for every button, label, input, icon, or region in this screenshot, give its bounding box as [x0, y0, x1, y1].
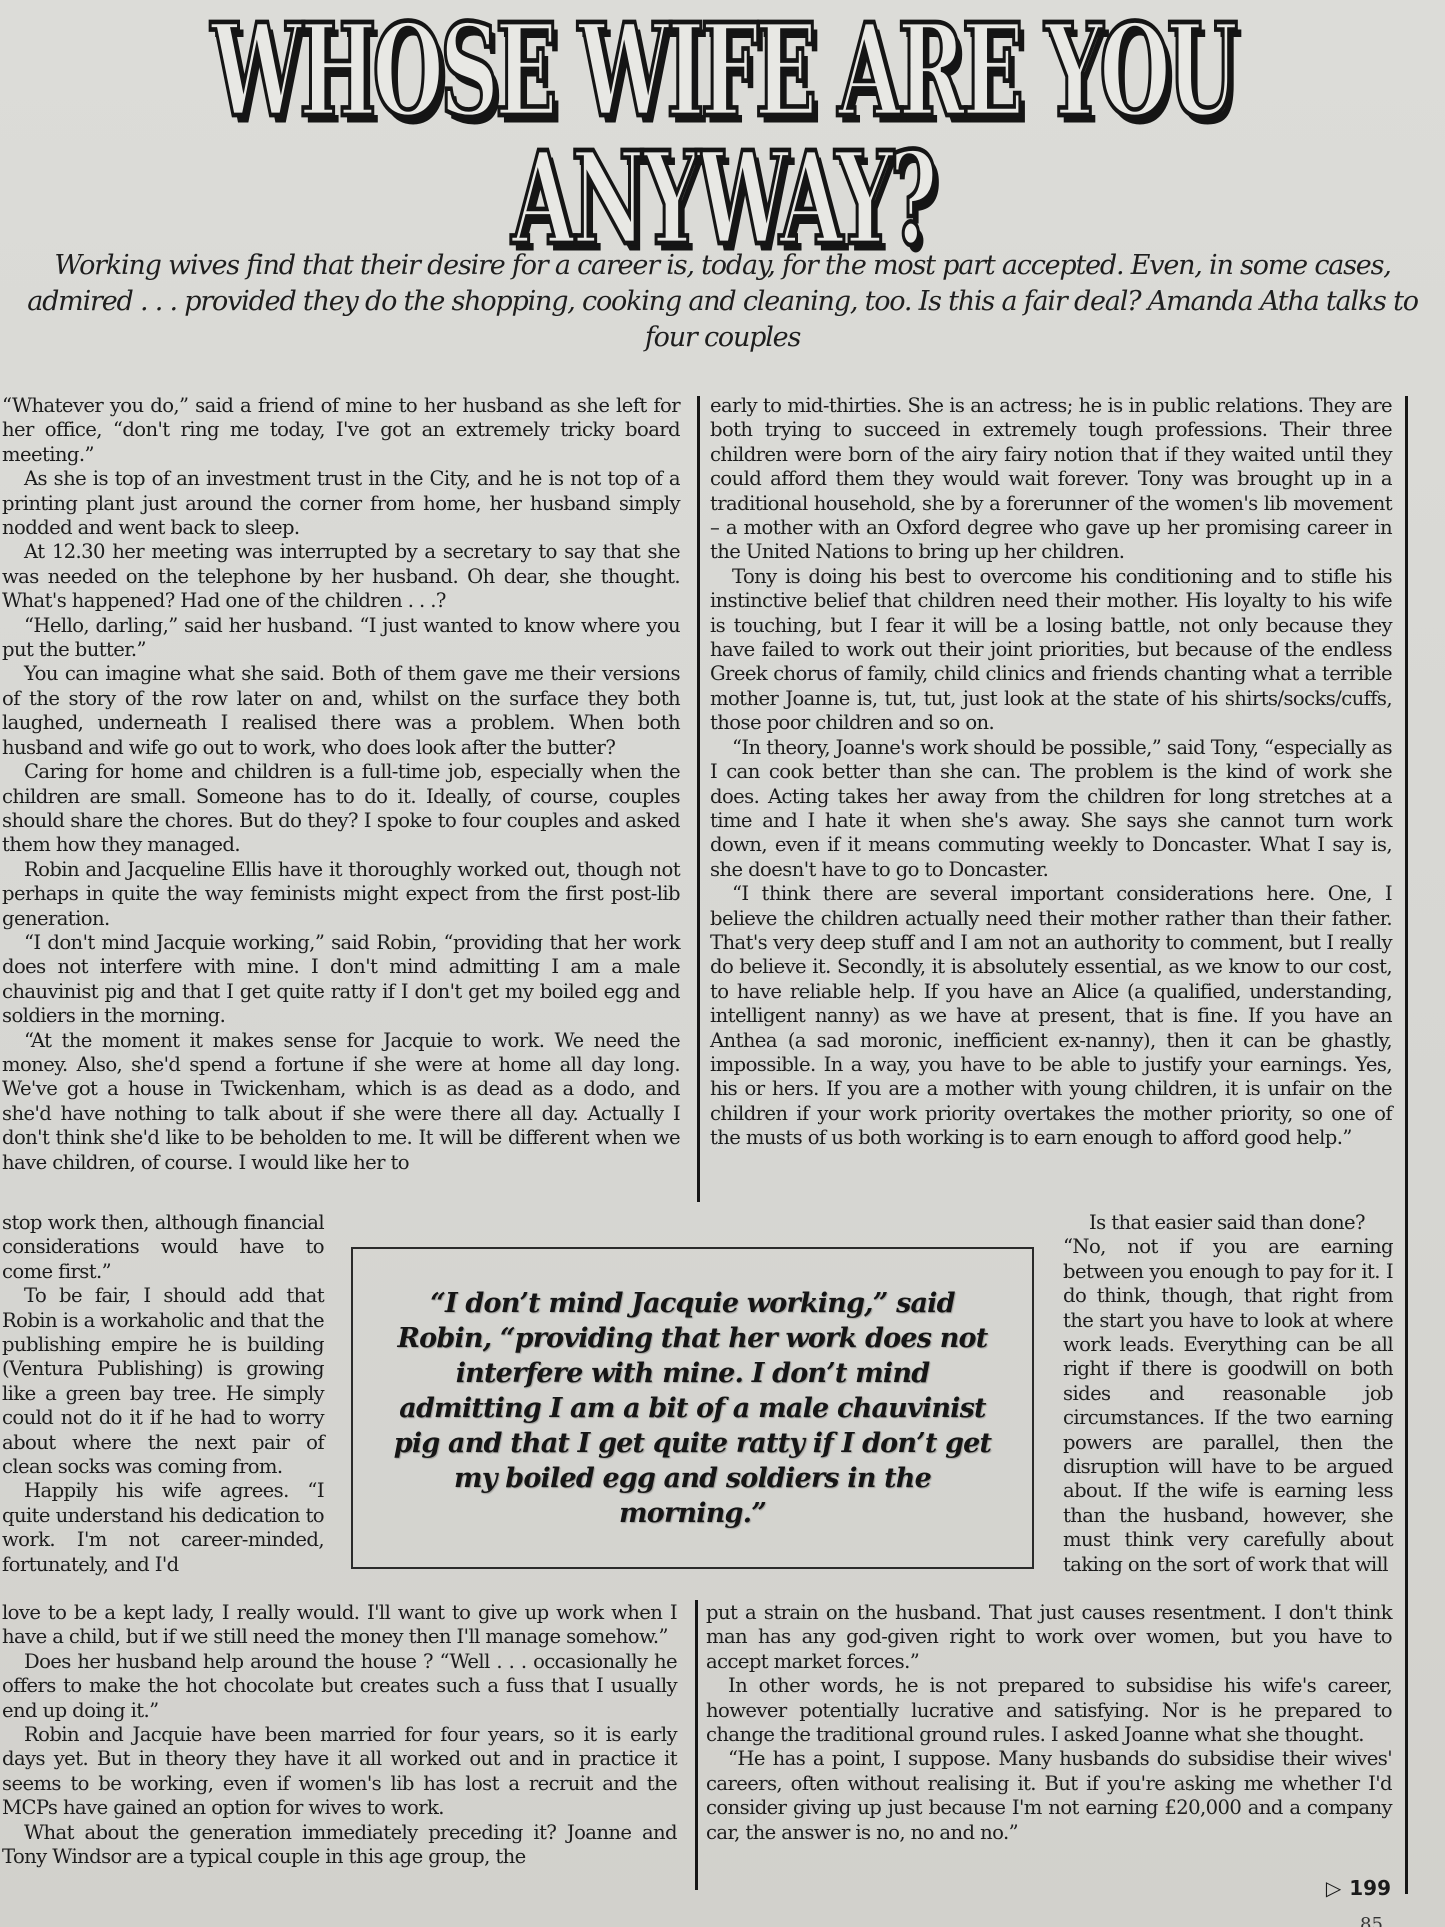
paragraph: “In theory, Joanne's work should be poss… [710, 736, 1392, 882]
pull-quote-text: “I don’t mind Jacquie working,” said Rob… [393, 1286, 993, 1531]
paragraph: love to be a kept lady, I really would. … [2, 1601, 677, 1650]
paragraph: You can imagine what she said. Both of t… [2, 662, 680, 760]
paragraph: Happily his wife agrees. “I quite unders… [2, 1479, 324, 1577]
magazine-page: WHOSE WIFE ARE YOU ANYWAY? Working wives… [0, 0, 1445, 1927]
pull-quote-box: “I don’t mind Jacquie working,” said Rob… [351, 1247, 1034, 1569]
column-divider-upper [697, 396, 700, 1202]
headline-line-2: ANYWAY? [0, 136, 1445, 263]
paragraph: Is that easier said than done? [1063, 1211, 1393, 1235]
page-folio: 85 [1360, 1914, 1383, 1927]
continued-on-page: ▷ 199 [1326, 1876, 1391, 1900]
paragraph: Caring for home and children is a full-t… [2, 760, 680, 858]
paragraph: put a strain on the husband. That just c… [706, 1601, 1392, 1674]
paragraph: early to mid-thirties. She is an actress… [710, 394, 1392, 565]
paragraph: As she is top of an investment trust in … [2, 467, 680, 540]
paragraph: To be fair, I should add that Robin is a… [2, 1284, 324, 1479]
paragraph: Does her husband help around the house ?… [2, 1650, 677, 1723]
continued-page-number: 199 [1349, 1876, 1391, 1900]
column-2-bottom: put a strain on the husband. That just c… [706, 1601, 1392, 1845]
paragraph: What about the generation immediately pr… [2, 1821, 677, 1870]
paragraph: Robin and Jacquie have been married for … [2, 1723, 677, 1821]
paragraph: Robin and Jacqueline Ellis have it thoro… [2, 858, 680, 931]
paragraph: Tony is doing his best to overcome his c… [710, 565, 1392, 736]
continue-triangle-icon: ▷ [1326, 1876, 1341, 1900]
right-margin-rule [1405, 396, 1408, 1894]
headline-line-1: WHOSE WIFE ARE YOU [0, 8, 1445, 135]
paragraph: “No, not if you are earning between you … [1063, 1235, 1393, 1577]
paragraph: “Whatever you do,” said a friend of mine… [2, 394, 680, 467]
column-2-upper: early to mid-thirties. She is an actress… [710, 394, 1392, 1151]
column-1-bottom: love to be a kept lady, I really would. … [2, 1601, 677, 1869]
column-divider-lower [695, 1600, 698, 1890]
standfirst: Working wives find that their desire for… [0, 248, 1445, 356]
column-1-upper: “Whatever you do,” said a friend of mine… [2, 394, 680, 1175]
column-1-narrow: stop work then, although financial consi… [2, 1211, 324, 1577]
paragraph: “At the moment it makes sense for Jacqui… [2, 1029, 680, 1175]
paragraph: “Hello, darling,” said her husband. “I j… [2, 614, 680, 663]
paragraph: “I think there are several important con… [710, 882, 1392, 1150]
paragraph: At 12.30 her meeting was interrupted by … [2, 540, 680, 613]
paragraph: stop work then, although financial consi… [2, 1211, 324, 1284]
paragraph: “I don't mind Jacquie working,” said Rob… [2, 931, 680, 1029]
column-2-narrow: Is that easier said than done? “No, not … [1063, 1211, 1393, 1577]
paragraph: “He has a point, I suppose. Many husband… [706, 1747, 1392, 1845]
paragraph: In other words, he is not prepared to su… [706, 1674, 1392, 1747]
